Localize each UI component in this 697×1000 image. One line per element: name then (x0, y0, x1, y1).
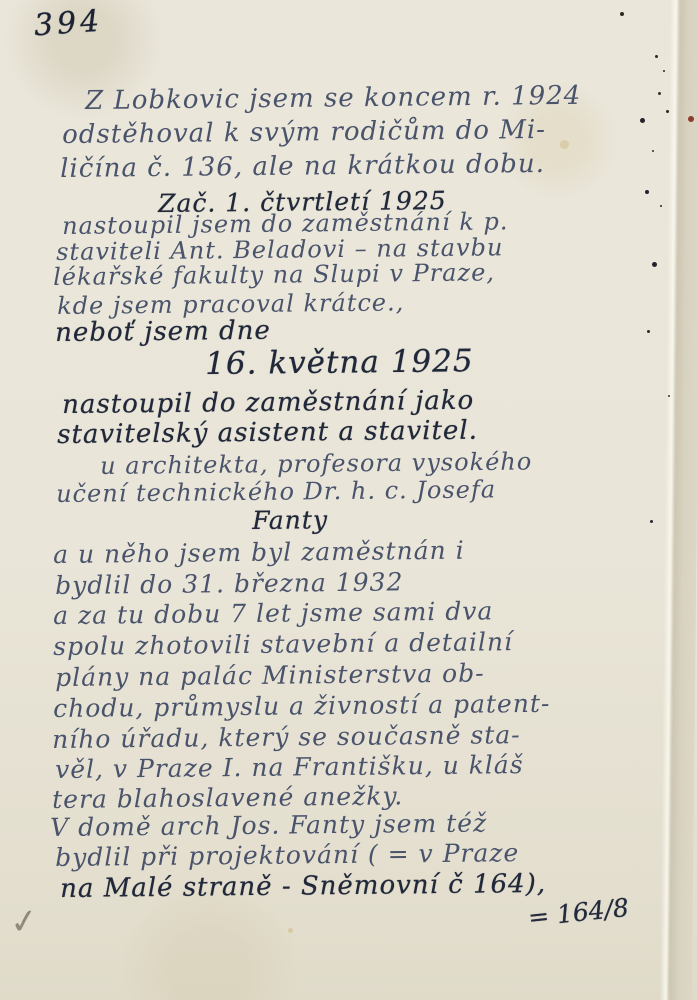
handwritten-line-10: 16. května 1925 (205, 343, 474, 382)
speck-8 (652, 150, 654, 152)
handwritten-line-16: a u něho jsem byl zaměstnán i (53, 536, 465, 569)
speck-9 (645, 190, 649, 194)
speck-14 (650, 520, 653, 523)
handwritten-line-7: lékařské fakulty na Slupi v Praze, (53, 258, 495, 291)
handwritten-line-11: nastoupil do zaměstnání jako (62, 386, 474, 420)
speck-16 (288, 928, 293, 933)
handwritten-line-23: věl, v Praze I. na Františku, u kláš (55, 750, 524, 784)
handwritten-line-21: chodu, průmyslu a živností a patent- (53, 689, 550, 723)
page-number: 394 (33, 4, 105, 44)
handwritten-line-19: spolu zhotovili stavební a detailní (53, 627, 513, 661)
speck-12 (647, 330, 650, 333)
handwritten-line-18: a za tu dobu 7 let jsme sami dva (53, 596, 493, 630)
handwritten-line-17: bydlil do 31. března 1932 (55, 567, 404, 600)
speck-6 (640, 118, 645, 123)
speck-13 (668, 395, 670, 397)
speck-2 (655, 55, 658, 58)
handwritten-line-25: V domě arch Jos. Fanty jsem též (50, 808, 487, 842)
handwritten-line-26: bydlil při projektování ( = v Praze (55, 838, 519, 872)
speck-3 (663, 70, 665, 72)
handwritten-line-15: Fanty (252, 505, 328, 535)
pencil-checkmark-icon: ✓ (7, 900, 41, 944)
handwritten-line-27: na Malé straně - Sněmovní č 164), (60, 869, 546, 904)
handwritten-line-20: plány na palác Ministerstva ob- (55, 659, 485, 692)
speck-4 (658, 92, 661, 95)
speck-1 (620, 12, 624, 16)
manuscript-page: 394 Z Lobkovic jsem se koncem r. 1924ods… (0, 0, 697, 1000)
handwritten-line-9: neboť jsem dne (55, 316, 271, 348)
handwritten-line-1: Z Lobkovic jsem se koncem r. 1924 (85, 81, 581, 116)
speck-11 (652, 262, 657, 267)
handwritten-line-22: ního úřadu, který se současně sta- (52, 720, 521, 754)
handwritten-line-12: stavitelský asistent a stavitel. (57, 416, 478, 450)
handwritten-line-14: učení technického Dr. h. c. Josefa (56, 475, 496, 508)
speck-5 (666, 110, 669, 113)
speck-10 (660, 205, 662, 207)
handwritten-line-3: ličína č. 136, ale na krátkou dobu. (60, 149, 545, 184)
handwritten-line-2: odstěhoval k svým rodičům do Mi- (62, 115, 546, 150)
speck-15 (560, 140, 569, 149)
speck-7 (688, 116, 694, 122)
